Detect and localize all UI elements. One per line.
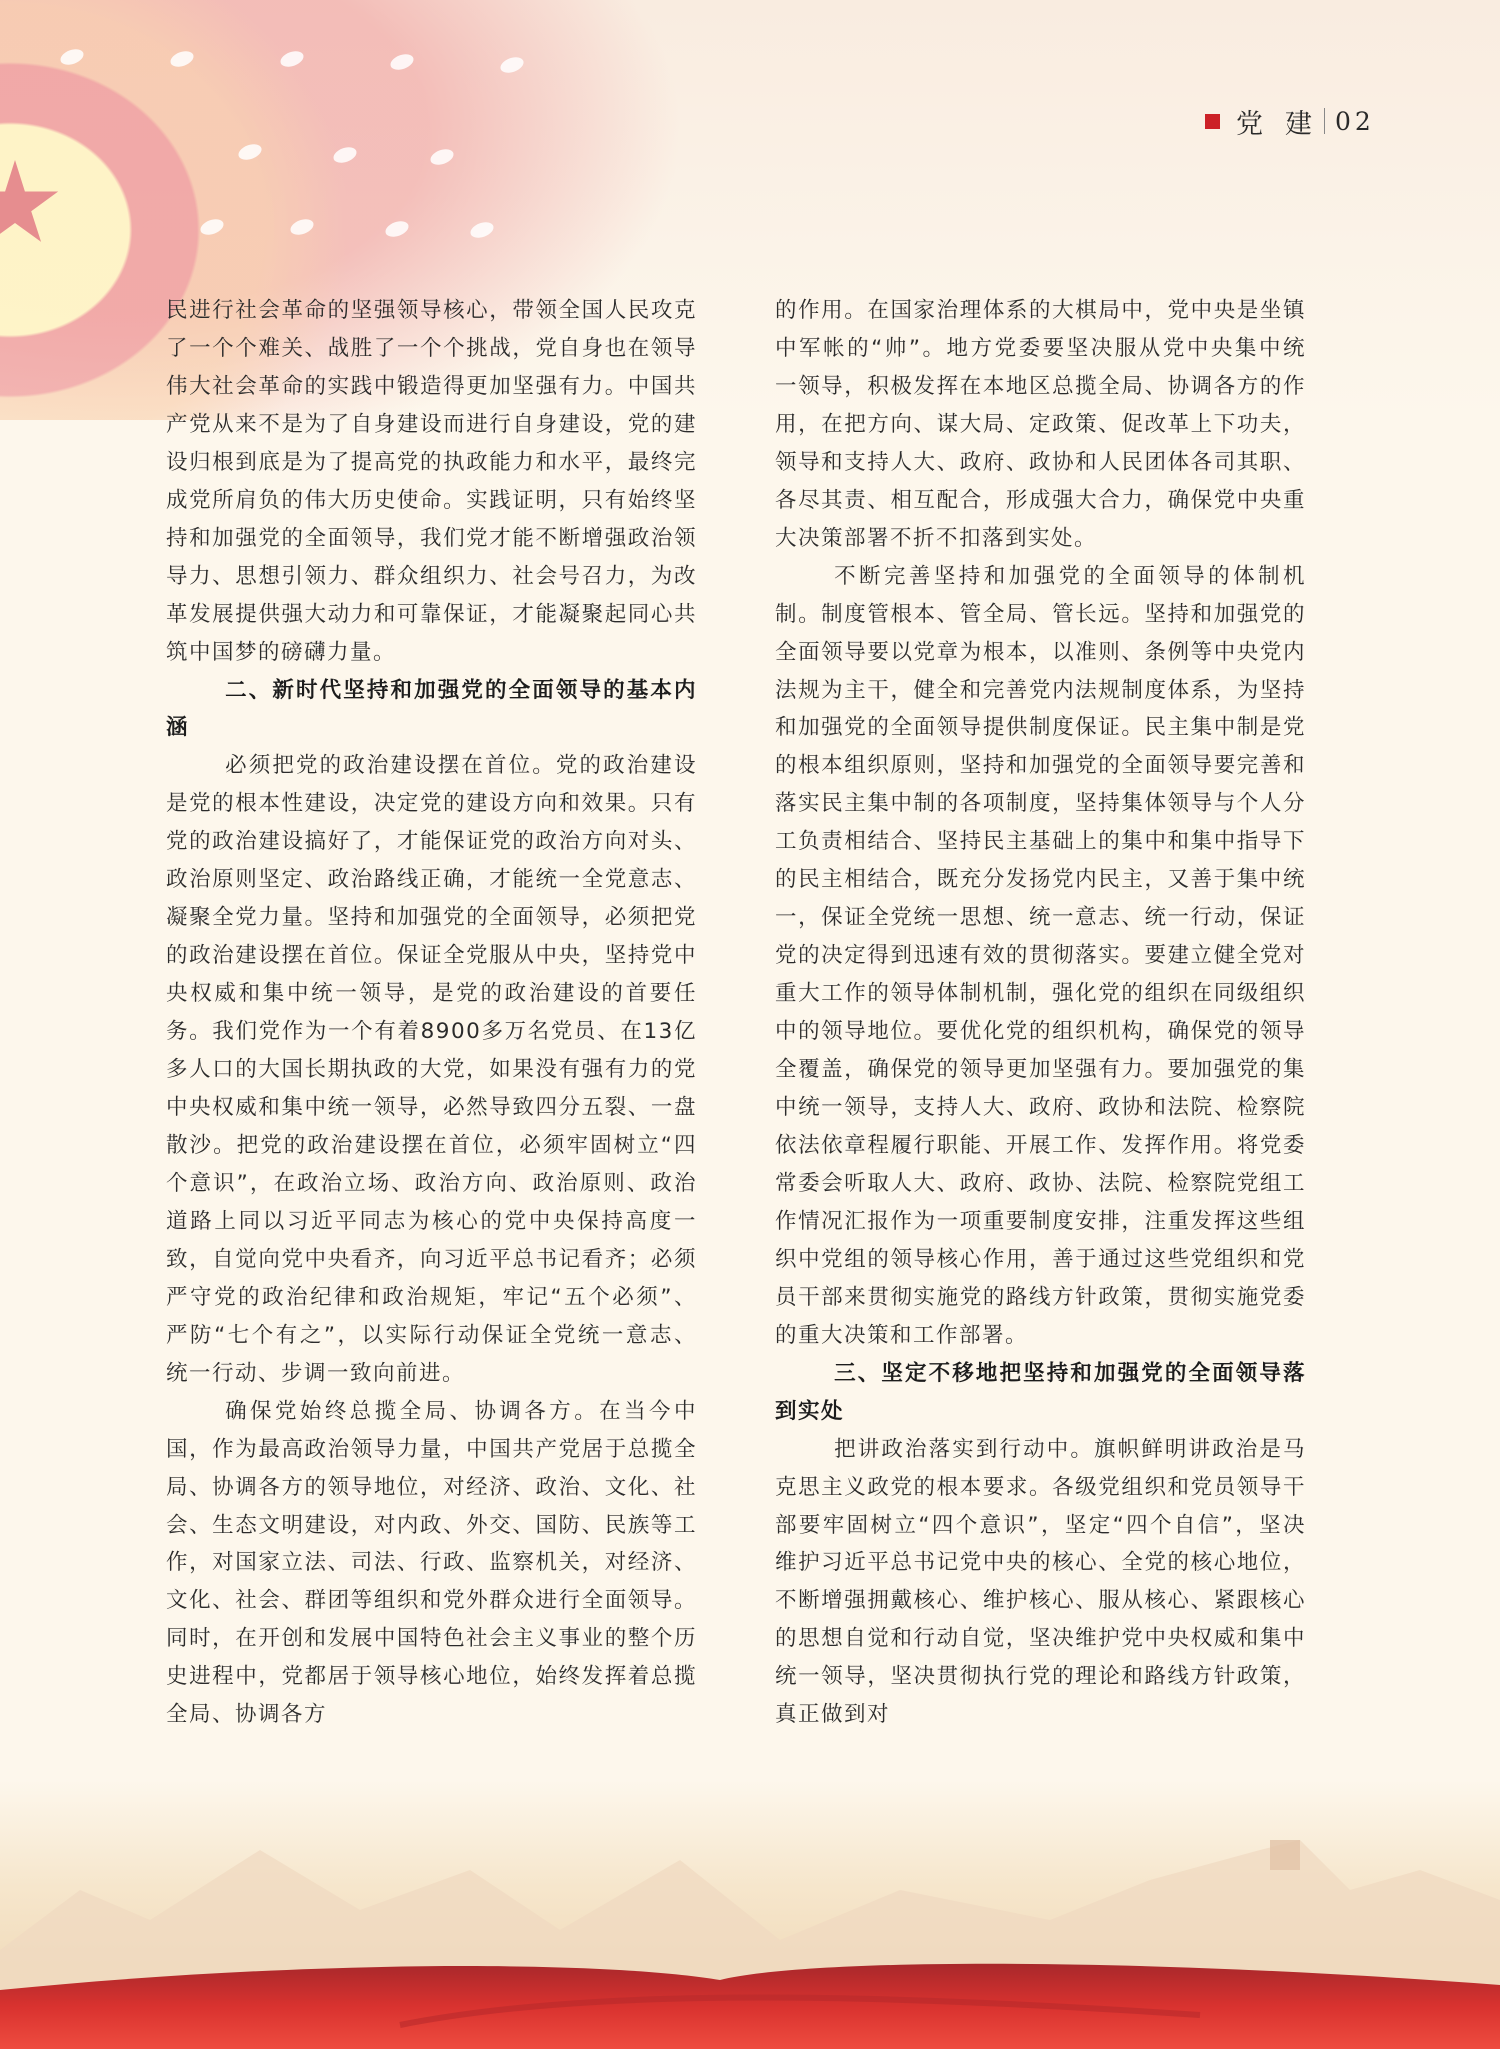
paragraph: 确保党始终总揽全局、协调各方。在当今中国，作为最高政治领导力量，中国共产党居于总…: [166, 1393, 697, 1735]
red-ribbon-icon: [0, 1955, 1500, 2049]
light-dot: [428, 146, 455, 167]
right-column: 的作用。在国家治理体系的大棋局中，党中央是坐镇中军帐的“帅”。地方党委要坚决服从…: [775, 292, 1306, 1734]
light-dot: [168, 48, 195, 69]
section-heading: 三、坚定不移地把坚持和加强党的全面领导落到实处: [775, 1355, 1306, 1431]
header-divider: [1324, 108, 1325, 134]
section-heading: 二、新时代坚持和加强党的全面领导的基本内涵: [166, 672, 697, 748]
light-dot: [288, 216, 315, 237]
paragraph: 把讲政治落实到行动中。旗帜鲜明讲政治是马克思主义政党的根本要求。各级党组织和党员…: [775, 1431, 1306, 1735]
paragraph: 民进行社会革命的坚强领导核心，带领全国人民攻克了一个个难关、战胜了一个个挑战，党…: [166, 292, 697, 672]
paragraph: 必须把党的政治建设摆在首位。党的政治建设是党的根本性建设，决定党的建设方向和效果…: [166, 747, 697, 1392]
light-dot: [468, 219, 495, 240]
left-column: 民进行社会革命的坚强领导核心，带领全国人民攻克了一个个难关、战胜了一个个挑战，党…: [166, 292, 697, 1734]
light-dot: [498, 54, 525, 75]
section-label: 党建: [1236, 102, 1334, 141]
page-number: 02: [1335, 107, 1375, 136]
star-icon: [0, 160, 60, 250]
light-dot: [58, 46, 85, 67]
light-dot: [278, 48, 305, 69]
light-dot: [331, 144, 358, 165]
light-dot: [198, 216, 225, 237]
paragraph: 不断完善坚持和加强党的全面领导的体制机制。制度管根本、管全局、管长远。坚持和加强…: [775, 558, 1306, 1355]
page-header: 党建 02: [1205, 104, 1375, 138]
light-dot: [236, 141, 263, 162]
red-square-icon: [1205, 114, 1220, 129]
paragraph: 的作用。在国家治理体系的大棋局中，党中央是坐镇中军帐的“帅”。地方党委要坚决服从…: [775, 292, 1306, 558]
light-dot: [383, 218, 410, 239]
light-dot: [388, 51, 415, 72]
